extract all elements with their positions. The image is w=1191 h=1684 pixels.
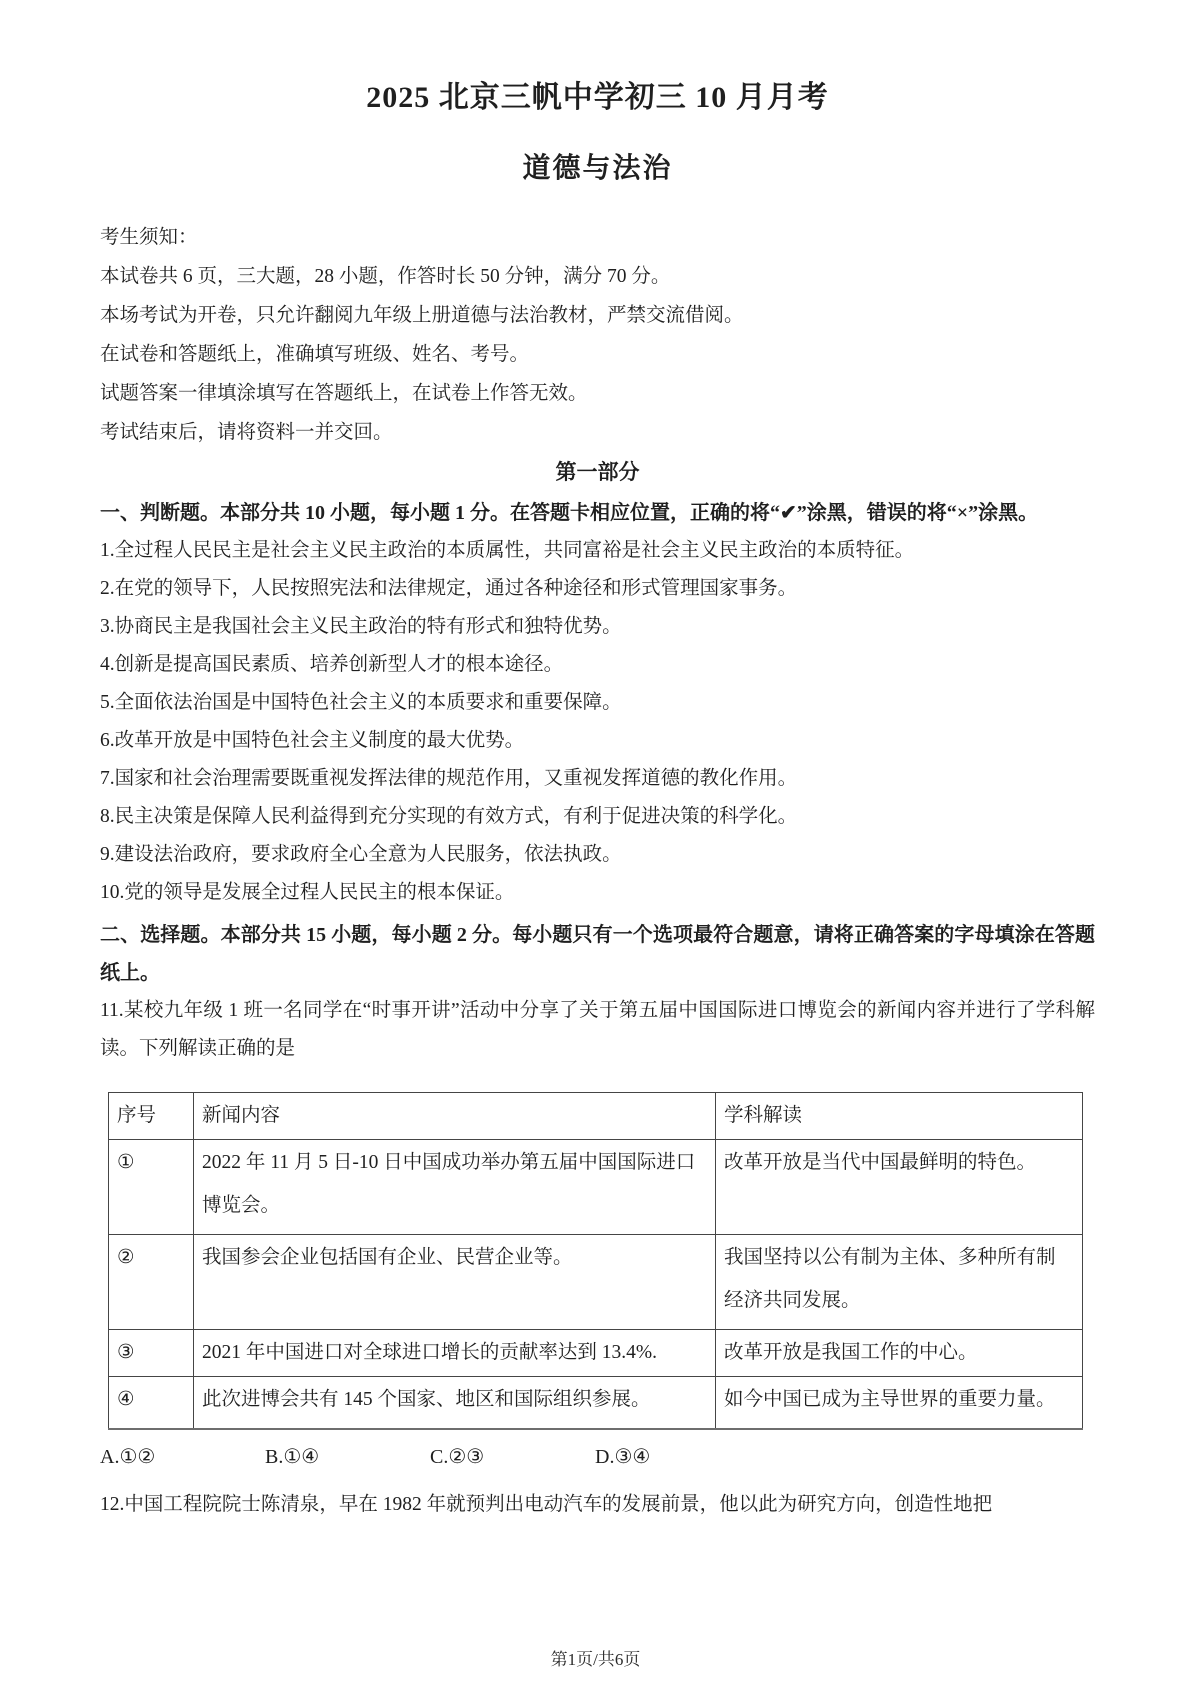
row1-news: 2022 年 11 月 5 日-10 日中国成功举办第五届中国国际进口博览会。 (194, 1140, 716, 1235)
notice-line-1: 本试卷共 6 页，三大题，28 小题，作答时长 50 分钟，满分 70 分。 (100, 257, 1095, 296)
row3-interp: 改革开放是我国工作的中心。 (716, 1330, 1083, 1377)
table-header-row: 序号 新闻内容 学科解读 (109, 1093, 1083, 1140)
judgment-q3: 3.协商民主是我国社会主义民主政治的特有形式和独特优势。 (100, 608, 1095, 646)
row1-interp: 改革开放是当代中国最鲜明的特色。 (716, 1140, 1083, 1235)
table-row: ② 我国参会企业包括国有企业、民营企业等。 我国坚持以公有制为主体、多种所有制经… (109, 1235, 1083, 1330)
option-c: C.②③ (430, 1442, 590, 1472)
part1-heading: 第一部分 (100, 454, 1095, 490)
row4-news: 此次进博会共有 145 个国家、地区和国际组织参展。 (194, 1377, 716, 1429)
judgment-q5: 5.全面依法治国是中国特色社会主义的本质要求和重要保障。 (100, 684, 1095, 722)
table-header-interp: 学科解读 (716, 1093, 1083, 1140)
judgment-q9: 9.建设法治政府，要求政府全心全意为人民服务，依法执政。 (100, 836, 1095, 874)
notice-line-5: 考试结束后，请将资料一并交回。 (100, 413, 1095, 452)
judgment-q6: 6.改革开放是中国特色社会主义制度的最大优势。 (100, 722, 1095, 760)
row2-seq: ② (109, 1235, 194, 1330)
notice-line-4: 试题答案一律填涂填写在答题纸上，在试卷上作答无效。 (100, 374, 1095, 413)
option-d: D.③④ (595, 1442, 755, 1472)
table-row: ③ 2021 年中国进口对全球进口增长的贡献率达到 13.4%. 改革开放是我国… (109, 1330, 1083, 1377)
row2-interp: 我国坚持以公有制为主体、多种所有制经济共同发展。 (716, 1235, 1083, 1330)
row3-seq: ③ (109, 1330, 194, 1377)
judgment-q1: 1.全过程人民民主是社会主义民主政治的本质属性，共同富裕是社会主义民主政治的本质… (100, 532, 1095, 570)
notice-line-3: 在试卷和答题纸上，准确填写班级、姓名、考号。 (100, 335, 1095, 374)
row3-news: 2021 年中国进口对全球进口增长的贡献率达到 13.4%. (194, 1330, 716, 1377)
table-header-news: 新闻内容 (194, 1093, 716, 1140)
question-11-options: A.①② B.①④ C.②③ D.③④ (100, 1442, 1095, 1472)
exam-title: 2025 北京三帆中学初三 10 月月考 (100, 78, 1095, 118)
page-number-footer: 第1页/共6页 (0, 1645, 1191, 1670)
notice-label: 考生须知： (100, 218, 1095, 257)
option-a: A.①② (100, 1442, 260, 1472)
table-row: ① 2022 年 11 月 5 日-10 日中国成功举办第五届中国国际进口博览会… (109, 1140, 1083, 1235)
notice-line-2: 本场考试为开卷，只允许翻阅九年级上册道德与法治教材，严禁交流借阅。 (100, 296, 1095, 335)
judgment-q4: 4.创新是提高国民素质、培养创新型人才的根本途径。 (100, 646, 1095, 684)
table-row: ④ 此次进博会共有 145 个国家、地区和国际组织参展。 如今中国已成为主导世界… (109, 1377, 1083, 1429)
option-b: B.①④ (265, 1442, 425, 1472)
exam-paper-page: 2025 北京三帆中学初三 10 月月考 道德与法治 考生须知： 本试卷共 6 … (0, 0, 1191, 1684)
row4-interp: 如今中国已成为主导世界的重要力量。 (716, 1377, 1083, 1429)
candidate-notice-section: 考生须知： 本试卷共 6 页，三大题，28 小题，作答时长 50 分钟，满分 7… (100, 218, 1095, 452)
question-12-stem-partial: 12.中国工程院院士陈清泉，早在 1982 年就预判出电动汽车的发展前景，他以此… (100, 1486, 1095, 1524)
row1-seq: ① (109, 1140, 194, 1235)
section1-judgment-heading: 一、判断题。本部分共 10 小题，每小题 1 分。在答题卡相应位置，正确的将“✔… (100, 494, 1095, 532)
row2-news: 我国参会企业包括国有企业、民营企业等。 (194, 1235, 716, 1330)
judgment-question-list: 1.全过程人民民主是社会主义民主政治的本质属性，共同富裕是社会主义民主政治的本质… (100, 532, 1095, 912)
judgment-q2: 2.在党的领导下，人民按照宪法和法律规定，通过各种途径和形式管理国家事务。 (100, 570, 1095, 608)
row4-seq: ④ (109, 1377, 194, 1429)
section2-choice-heading: 二、选择题。本部分共 15 小题，每小题 2 分。每小题只有一个选项最符合题意，… (100, 916, 1095, 992)
judgment-q8: 8.民主决策是保障人民利益得到充分实现的有效方式，有利于促进决策的科学化。 (100, 798, 1095, 836)
question-11-stem: 11.某校九年级 1 班一名同学在“时事开讲”活动中分享了关于第五届中国国际进口… (100, 992, 1095, 1068)
question-11-table: 序号 新闻内容 学科解读 ① 2022 年 11 月 5 日-10 日中国成功举… (108, 1092, 1083, 1430)
exam-subject-title: 道德与法治 (100, 150, 1095, 188)
table-header-seq: 序号 (109, 1093, 194, 1140)
judgment-q7: 7.国家和社会治理需要既重视发挥法律的规范作用，又重视发挥道德的教化作用。 (100, 760, 1095, 798)
judgment-q10: 10.党的领导是发展全过程人民民主的根本保证。 (100, 874, 1095, 912)
